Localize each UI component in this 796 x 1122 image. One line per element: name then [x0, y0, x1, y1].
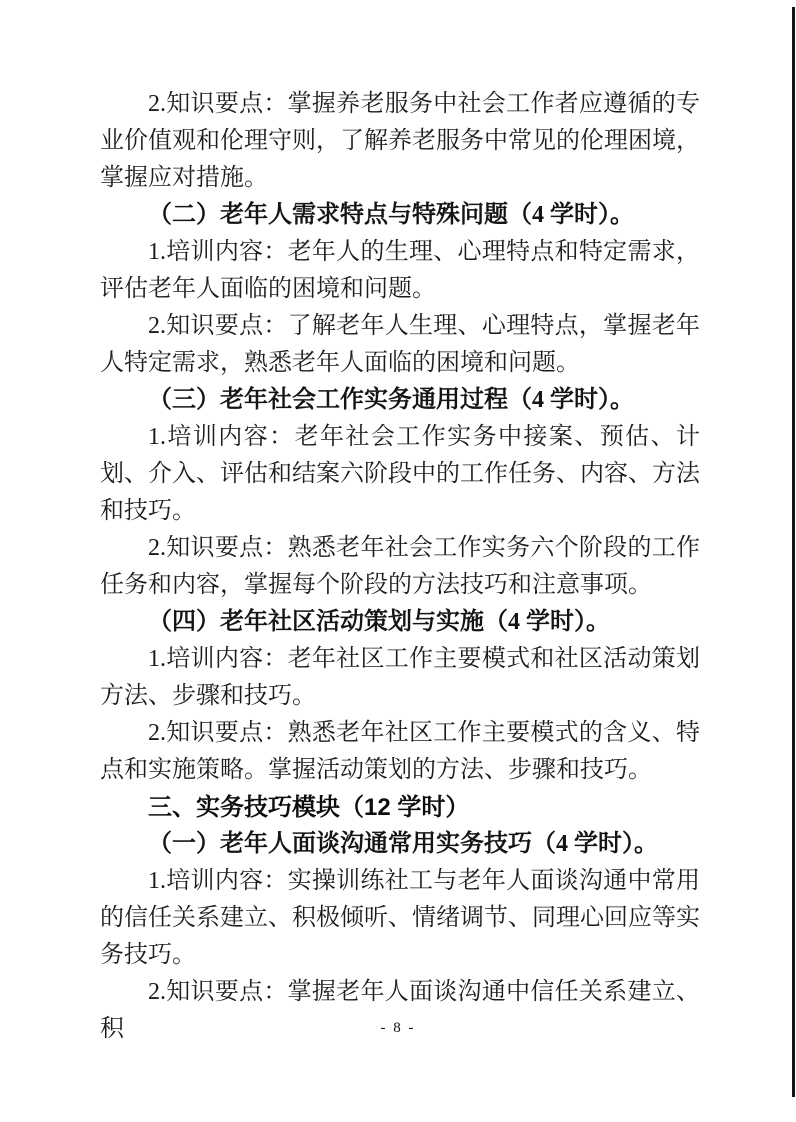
document-page: 2.知识要点：掌握养老服务中社会工作者应遵循的专业价值观和伦理守则，了解养老服务…	[0, 0, 796, 1122]
paragraph-knowledge-points-community: 2.知识要点：熟悉老年社区工作主要模式的含义、特点和实施策略。掌握活动策划的方法…	[100, 715, 700, 789]
section-heading-practical-skills: 三、实务技巧模块（12 学时）	[100, 789, 700, 826]
document-body: 2.知识要点：掌握养老服务中社会工作者应遵循的专业价值观和伦理守则，了解养老服务…	[100, 86, 700, 1048]
page-number: - 8 -	[0, 1020, 796, 1037]
scan-edge-artifact	[792, 7, 795, 1097]
paragraph-knowledge-points-ethics: 2.知识要点：掌握养老服务中社会工作者应遵循的专业价值观和伦理守则，了解养老服务…	[100, 86, 700, 197]
sub-heading-community-activity: （四）老年社区活动策划与实施（4 学时）。	[100, 604, 700, 641]
sub-heading-elderly-needs: （二）老年人需求特点与特殊问题（4 学时）。	[100, 197, 700, 234]
paragraph-training-content-process: 1.培训内容：老年社会工作实务中接案、预估、计划、介入、评估和结案六阶段中的工作…	[100, 419, 700, 530]
paragraph-knowledge-points-process: 2.知识要点：熟悉老年社会工作实务六个阶段的工作任务和内容，掌握每个阶段的方法技…	[100, 530, 700, 604]
paragraph-knowledge-points-needs: 2.知识要点：了解老年人生理、心理特点，掌握老年人特定需求，熟悉老年人面临的困境…	[100, 308, 700, 382]
paragraph-training-content-needs: 1.培训内容：老年人的生理、心理特点和特定需求，评估老年人面临的困境和问题。	[100, 234, 700, 308]
sub-heading-interview-communication: （一）老年人面谈沟通常用实务技巧（4 学时）。	[100, 826, 700, 863]
paragraph-training-content-community: 1.培训内容：老年社区工作主要模式和社区活动策划方法、步骤和技巧。	[100, 641, 700, 715]
sub-heading-practice-process: （三）老年社会工作实务通用过程（4 学时）。	[100, 382, 700, 419]
paragraph-training-content-interview: 1.培训内容：实操训练社工与老年人面谈沟通中常用的信任关系建立、积极倾听、情绪调…	[100, 863, 700, 974]
